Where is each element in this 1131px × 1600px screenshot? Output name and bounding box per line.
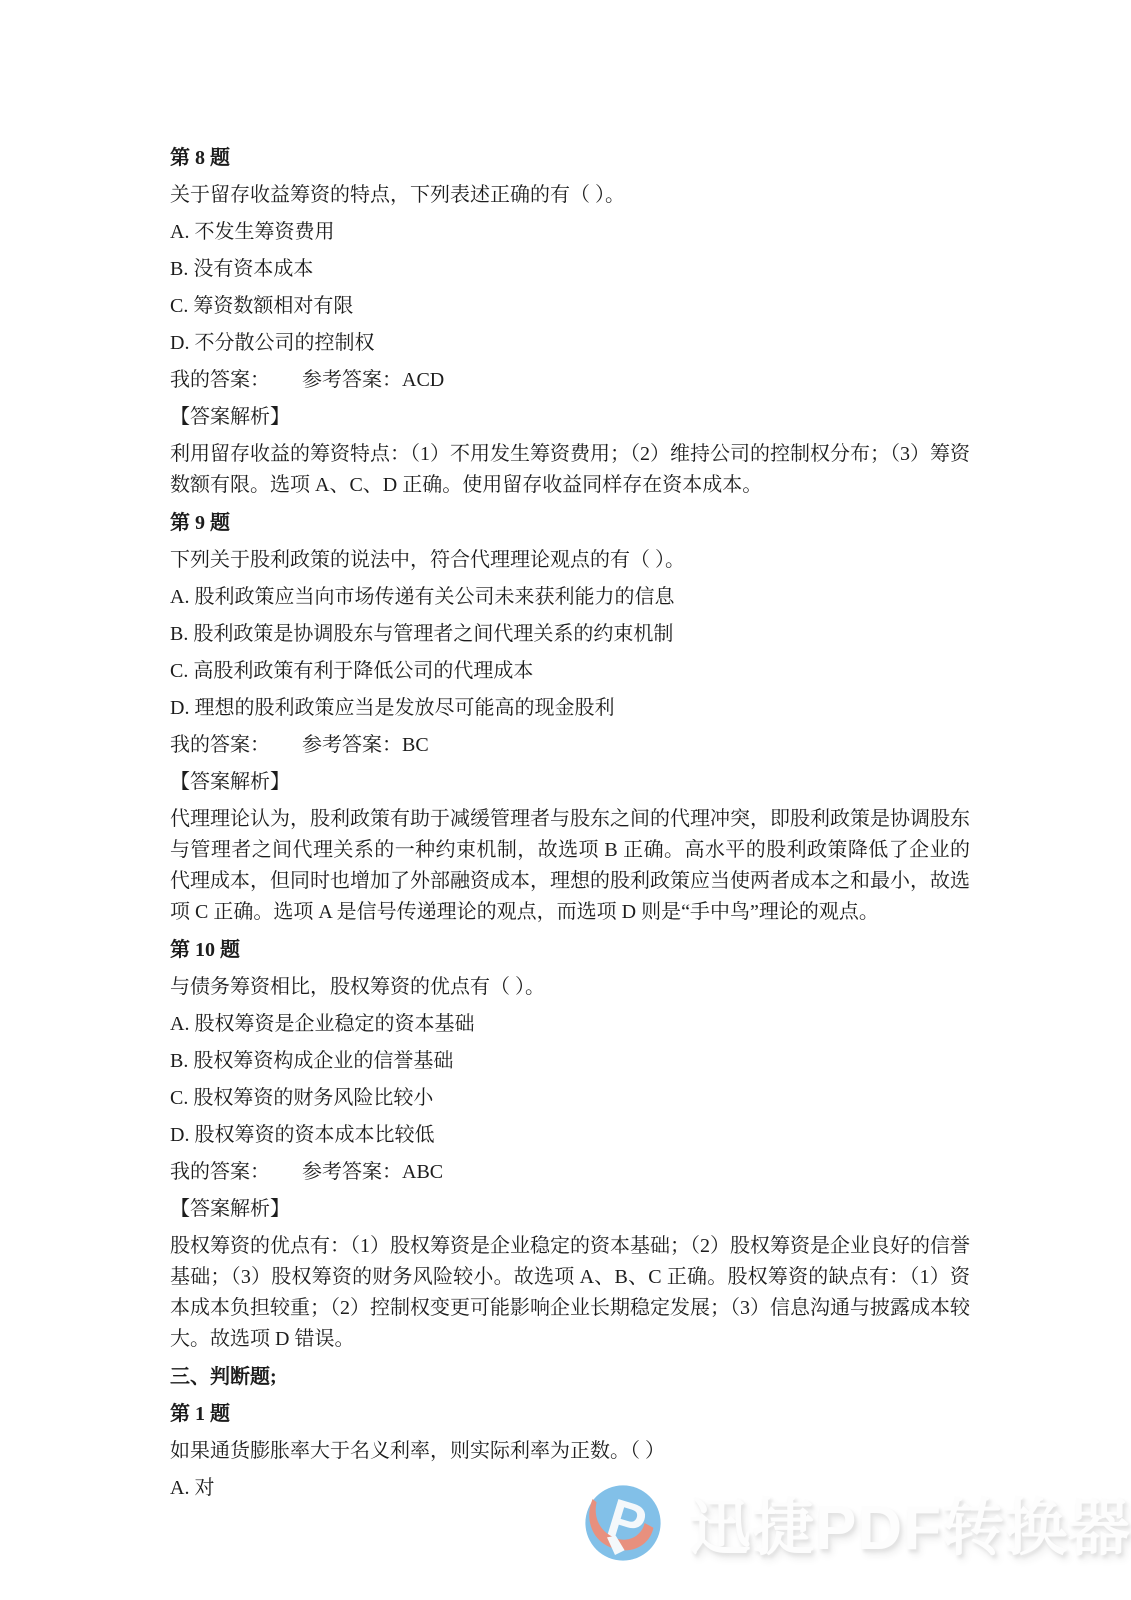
question-stem: 关于留存收益筹资的特点，下列表述正确的有（ ）。 (170, 180, 970, 210)
answer-line: 我的答案：参考答案：ABC (170, 1157, 970, 1187)
analysis-title: 【答案解析】 (170, 402, 970, 432)
pdf-converter-watermark: P 迅捷PDF转换器 (583, 1478, 1131, 1567)
question-number: 第 10 题 (170, 935, 970, 965)
section-heading-judgement: 三、判断题; (170, 1362, 970, 1392)
question-stem: 如果通货膨胀率大于名义利率，则实际利率为正数。（ ） (170, 1436, 970, 1466)
option-a: A. 股利政策应当向市场传递有关公司未来获利能力的信息 (170, 582, 970, 612)
answer-line: 我的答案：参考答案：BC (170, 730, 970, 760)
my-answer-label: 我的答案： (170, 1161, 270, 1183)
question-stem: 与债务筹资相比，股权筹资的优点有（ ）。 (170, 972, 970, 1002)
watermark-text: 迅捷PDF转换器 (689, 1478, 1131, 1567)
option-a: A. 股权筹资是企业稳定的资本基础 (170, 1009, 970, 1039)
option-a: A. 不发生筹资费用 (170, 217, 970, 247)
reference-answer: 参考答案：ABC (302, 1161, 443, 1183)
option-d: D. 理想的股利政策应当是发放尽可能高的现金股利 (170, 693, 970, 723)
my-answer-label: 我的答案： (170, 734, 270, 756)
analysis-text: 股权筹资的优点有：（1）股权筹资是企业稳定的资本基础；（2）股权筹资是企业良好的… (170, 1231, 970, 1355)
option-c: C. 高股利政策有利于降低公司的代理成本 (170, 656, 970, 686)
question-block-9: 第 9 题 下列关于股利政策的说法中，符合代理理论观点的有（ ）。 A. 股利政… (170, 508, 970, 928)
my-answer-label: 我的答案： (170, 369, 270, 391)
option-c: C. 股权筹资的财务风险比较小 (170, 1083, 970, 1113)
analysis-title: 【答案解析】 (170, 767, 970, 797)
question-block-8: 第 8 题 关于留存收益筹资的特点，下列表述正确的有（ ）。 A. 不发生筹资费… (170, 143, 970, 501)
option-d: D. 不分散公司的控制权 (170, 328, 970, 358)
exam-page-content: 第 8 题 关于留存收益筹资的特点，下列表述正确的有（ ）。 A. 不发生筹资费… (170, 138, 970, 1510)
option-b: B. 股利政策是协调股东与管理者之间代理关系的约束机制 (170, 619, 970, 649)
question-number: 第 8 题 (170, 143, 970, 173)
question-stem: 下列关于股利政策的说法中，符合代理理论观点的有（ ）。 (170, 545, 970, 575)
answer-line: 我的答案：参考答案：ACD (170, 365, 970, 395)
reference-answer: 参考答案：ACD (302, 369, 444, 391)
question-block-10: 第 10 题 与债务筹资相比，股权筹资的优点有（ ）。 A. 股权筹资是企业稳定… (170, 935, 970, 1355)
option-c: C. 筹资数额相对有限 (170, 291, 970, 321)
question-number: 第 9 题 (170, 508, 970, 538)
question-number: 第 1 题 (170, 1399, 970, 1429)
analysis-title: 【答案解析】 (170, 1194, 970, 1224)
option-b: B. 股权筹资构成企业的信誉基础 (170, 1046, 970, 1076)
option-b: B. 没有资本成本 (170, 254, 970, 284)
option-d: D. 股权筹资的资本成本比较低 (170, 1120, 970, 1150)
reference-answer: 参考答案：BC (302, 734, 429, 756)
xunjie-pdf-converter-logo-icon: P (583, 1483, 663, 1563)
analysis-text: 利用留存收益的筹资特点：（1）不用发生筹资费用；（2）维持公司的控制权分布；（3… (170, 439, 970, 501)
analysis-text: 代理理论认为，股利政策有助于减缓管理者与股东之间的代理冲突，即股利政策是协调股东… (170, 804, 970, 928)
